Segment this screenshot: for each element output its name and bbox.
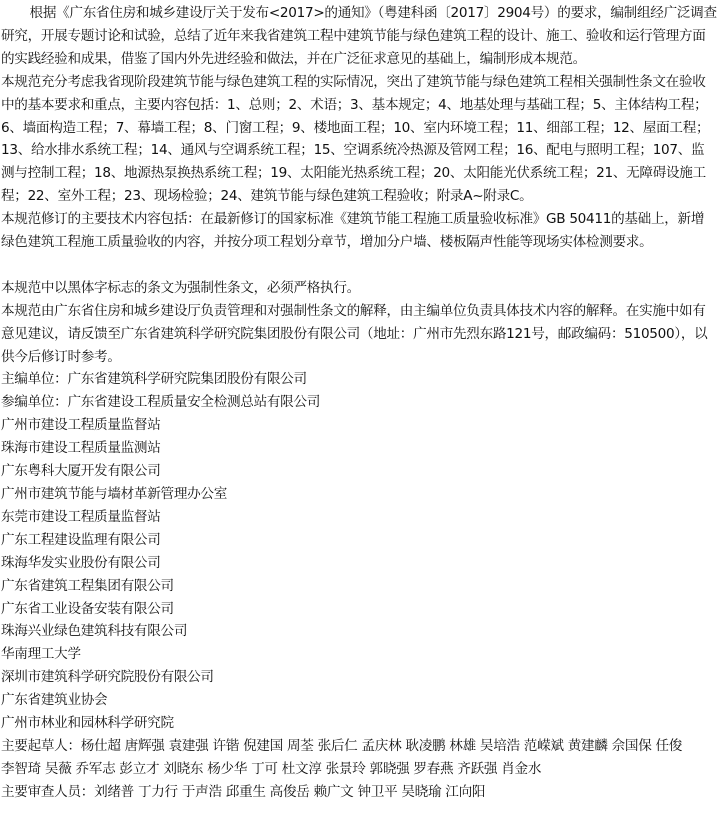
participating-unit: 广东省工业设备安装有限公司: [1, 598, 717, 621]
participating-unit: 东莞市建设工程质量监督站: [1, 506, 717, 529]
blank-line: [1, 254, 717, 277]
participating-unit: 广东省建筑工程集团有限公司: [1, 575, 717, 598]
chief-editor-label: 主编单位：: [1, 371, 67, 387]
participating-unit: 广州市建筑节能与墙材革新管理办公室: [1, 483, 717, 506]
participating-units-line: 参编单位：广东省建设工程质量安全检测总站有限公司: [1, 391, 717, 414]
participating-unit: 珠海兴业绿色建筑科技有限公司: [1, 620, 717, 643]
mandatory-clause-paragraph: 本规范中以黑体字标志的条文为强制性条文，必须严格执行。: [1, 277, 717, 300]
participating-unit: 广州市林业和园林科学研究院: [1, 712, 717, 735]
management-paragraph: 本规范由广东省住房和城乡建设厅负责管理和对强制性条文的解释，由主编单位负责具体技…: [1, 300, 717, 369]
participating-unit: 华南理工大学: [1, 643, 717, 666]
drafters-label: 主要起草人：: [1, 738, 81, 754]
participating-label: 参编单位：: [1, 394, 67, 410]
reviewers-names: 刘绪普 丁力行 于声浩 邱重生 高俊岳 赖广文 钟卫平 吴晓瑜 江向阳: [94, 784, 485, 800]
reviewers-label: 主要审查人员：: [1, 784, 94, 800]
participating-unit: 广东工程建设监理有限公司: [1, 529, 717, 552]
participating-unit: 珠海市建设工程质量监测站: [1, 437, 717, 460]
participating-unit: 广州市建设工程质量监督站: [1, 414, 717, 437]
revision-paragraph: 本规范修订的主要技术内容包括：在最新修订的国家标准《建筑节能工程施工质量验收标准…: [1, 208, 717, 254]
participating-unit: 深圳市建筑科学研究院股份有限公司: [1, 666, 717, 689]
participating-unit: 广东粤科大厦开发有限公司: [1, 460, 717, 483]
chief-editor-line: 主编单位：广东省建筑科学研究院集团股份有限公司: [1, 368, 717, 391]
drafters-names-continued: 李智琦 吴薇 乔军志 彭立才 刘晓东 杨少华 丁可 杜文淳 张景玲 郭晓强 罗春…: [1, 758, 717, 781]
contents-paragraph: 本规范充分考虑我省现阶段建筑节能与绿色建筑工程的实际情况，突出了建筑节能与绿色建…: [1, 71, 717, 208]
drafters-line: 主要起草人：杨仕超 唐辉强 袁建强 许锴 倪建国 周荃 张后仁 孟庆林 耿凌鹏 …: [1, 735, 717, 758]
participating-unit: 广东省建设工程质量安全检测总站有限公司: [67, 394, 320, 410]
drafters-names: 杨仕超 唐辉强 袁建强 许锴 倪建国 周荃 张后仁 孟庆林 耿凌鹏 林雄 吴培浩…: [81, 738, 682, 754]
chief-editor-value: 广东省建筑科学研究院集团股份有限公司: [67, 371, 306, 387]
intro-paragraph: 根据《广东省住房和城乡建设厅关于发布<2017>的通知》（粤建科函〔2017〕2…: [1, 2, 717, 71]
reviewers-line: 主要审查人员：刘绪普 丁力行 于声浩 邱重生 高俊岳 赖广文 钟卫平 吴晓瑜 江…: [1, 781, 717, 804]
participating-unit: 珠海华发实业股份有限公司: [1, 552, 717, 575]
document-body: 根据《广东省住房和城乡建设厅关于发布<2017>的通知》（粤建科函〔2017〕2…: [0, 0, 717, 804]
participating-unit: 广东省建筑业协会: [1, 689, 717, 712]
